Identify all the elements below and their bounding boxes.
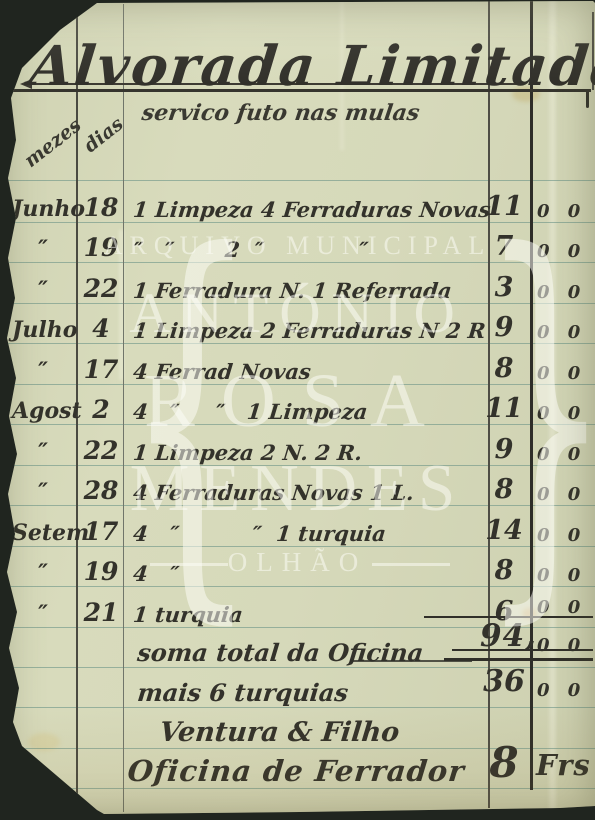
scanned-ledger-page: Alvorada Limitada servico futo nas mulas… (0, 0, 595, 820)
paper-sheet: Alvorada Limitada servico futo nas mulas… (0, 0, 595, 820)
edge-shadow (0, 0, 595, 820)
